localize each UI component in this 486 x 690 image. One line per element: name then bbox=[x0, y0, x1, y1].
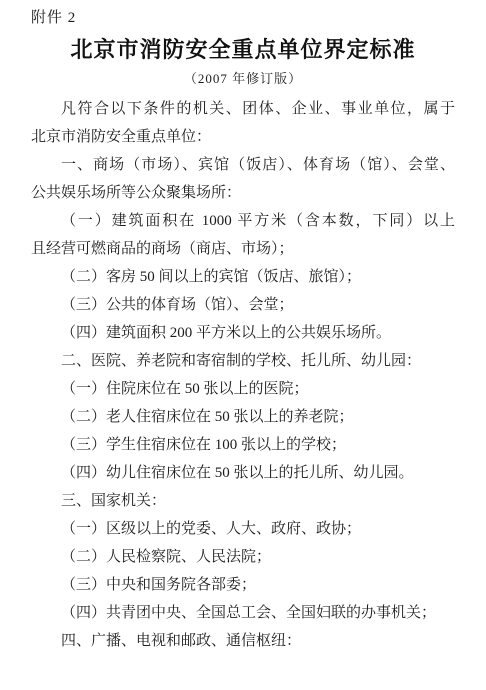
text-line: （三）学生住宿床位在 100 张以上的学校； bbox=[31, 431, 455, 459]
text-line: （一）住院床位在 50 张以上的医院； bbox=[31, 375, 455, 403]
text-line: （三）中央和国务院各部委； bbox=[31, 571, 455, 599]
text-line: （二）人民检察院、人民法院； bbox=[31, 543, 455, 571]
document-page: 附件 2 北京市消防安全重点单位界定标准 （2007 年修订版） 凡符合以下条件… bbox=[0, 0, 486, 690]
text-line: （一）区级以上的党委、人大、政府、政协； bbox=[31, 515, 455, 543]
text-line: 且经营可燃商品的商场（商店、市场）； bbox=[31, 235, 455, 263]
text-line: （一）建筑面积在 1000 平方米（含本数，下同）以上 bbox=[31, 207, 455, 235]
text-line: 公共娱乐场所等公众聚集场所： bbox=[31, 179, 455, 207]
text-line: （四）共青团中央、全国总工会、全国妇联的办事机关； bbox=[31, 599, 455, 627]
text-line: 凡符合以下条件的机关、团体、企业、事业单位，属于 bbox=[31, 95, 455, 123]
text-line: 一、商场（市场）、宾馆（饭店）、体育场（馆）、会堂、 bbox=[31, 151, 455, 179]
text-line: 北京市消防安全重点单位： bbox=[31, 123, 455, 151]
text-line: （三）公共的体育场（馆）、会堂； bbox=[31, 291, 455, 319]
document-subtitle: （2007 年修订版） bbox=[31, 70, 455, 88]
text-line: 三、国家机关： bbox=[31, 487, 455, 515]
text-line: （二）客房 50 间以上的宾馆（饭店、旅馆）； bbox=[31, 263, 455, 291]
document-title: 北京市消防安全重点单位界定标准 bbox=[31, 35, 455, 65]
text-line: （四）幼儿住宿床位在 50 张以上的托儿所、幼儿园。 bbox=[31, 459, 455, 487]
text-line: （四）建筑面积 200 平方米以上的公共娱乐场所。 bbox=[31, 319, 455, 347]
document-body: 凡符合以下条件的机关、团体、企业、事业单位，属于 北京市消防安全重点单位： 一、… bbox=[31, 95, 455, 655]
text-line: 四、广播、电视和邮政、通信枢纽： bbox=[31, 627, 455, 655]
text-line: （二）老人住宿床位在 50 张以上的养老院； bbox=[31, 403, 455, 431]
attachment-label: 附件 2 bbox=[31, 8, 455, 28]
text-line: 二、医院、养老院和寄宿制的学校、托儿所、幼儿园： bbox=[31, 347, 455, 375]
